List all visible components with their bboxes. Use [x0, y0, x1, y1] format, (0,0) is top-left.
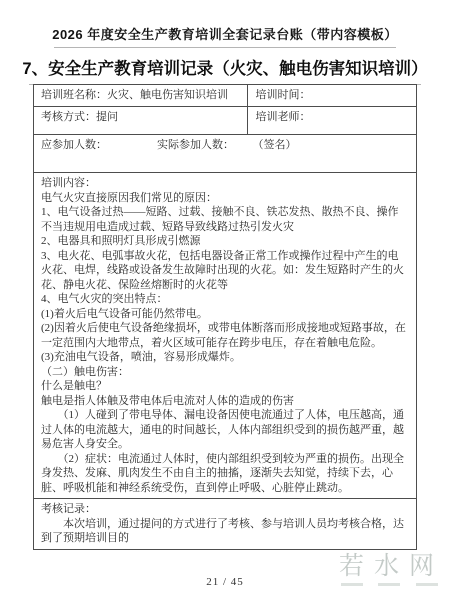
watermark-subtext-bar	[416, 583, 438, 586]
training-record-table: 培训班名称：火灾、触电伤害知识培训 培训时间： 考核方式：提问 培训老师： 应参…	[33, 84, 417, 550]
attendance-cell: 应参加人数：实际参加人数：（签名）	[34, 135, 417, 173]
ledger-title: 2026 年度安全生产教育培训全套记录台账（带内容模板）	[0, 24, 450, 43]
watermark: 若水网	[339, 546, 444, 586]
training-class-name-cell: 培训班名称：火灾、触电伤害知识培训	[34, 85, 248, 107]
record-title: 7、安全生产教育培训记录（火灾、触电伤害知识培训）	[0, 55, 450, 79]
assessment-record-cell: 考核记录： 本次培训，通过提问的方式进行了考核、参与培训人员均考核合格，达到了预…	[34, 499, 417, 550]
expected-count-label: 应参加人数：	[41, 139, 107, 151]
training-content-cell: 培训内容： 电气火灾直接原因我们常见的原因： 1、电气设备过热——短路、过载、接…	[34, 173, 417, 499]
training-time-cell: 培训时间：	[248, 85, 417, 107]
title-divider-top	[54, 47, 396, 48]
table-row: 应参加人数：实际参加人数：（签名）	[34, 135, 417, 173]
watermark-text: 若水网	[339, 546, 444, 582]
watermark-subtext-bar	[378, 583, 400, 586]
document-page: 2026 年度安全生产教育培训全套记录台账（带内容模板） 7、安全生产教育培训记…	[0, 0, 450, 598]
actual-count-label: 实际参加人数：	[157, 139, 234, 151]
table-row: 培训班名称：火灾、触电伤害知识培训 培训时间：	[34, 85, 417, 107]
table-row: 考核方式：提问 培训老师：	[34, 107, 417, 135]
table-row: 培训内容： 电气火灾直接原因我们常见的原因： 1、电气设备过热——短路、过载、接…	[34, 173, 417, 499]
watermark-subtext	[339, 583, 444, 586]
table-row: 考核记录： 本次培训，通过提问的方式进行了考核、参与培训人员均考核合格，达到了预…	[34, 499, 417, 550]
signature-label: （签名）	[258, 139, 297, 151]
trainer-cell: 培训老师：	[248, 107, 417, 135]
assess-method-cell: 考核方式：提问	[34, 107, 248, 135]
watermark-subtext-bar	[341, 583, 363, 586]
